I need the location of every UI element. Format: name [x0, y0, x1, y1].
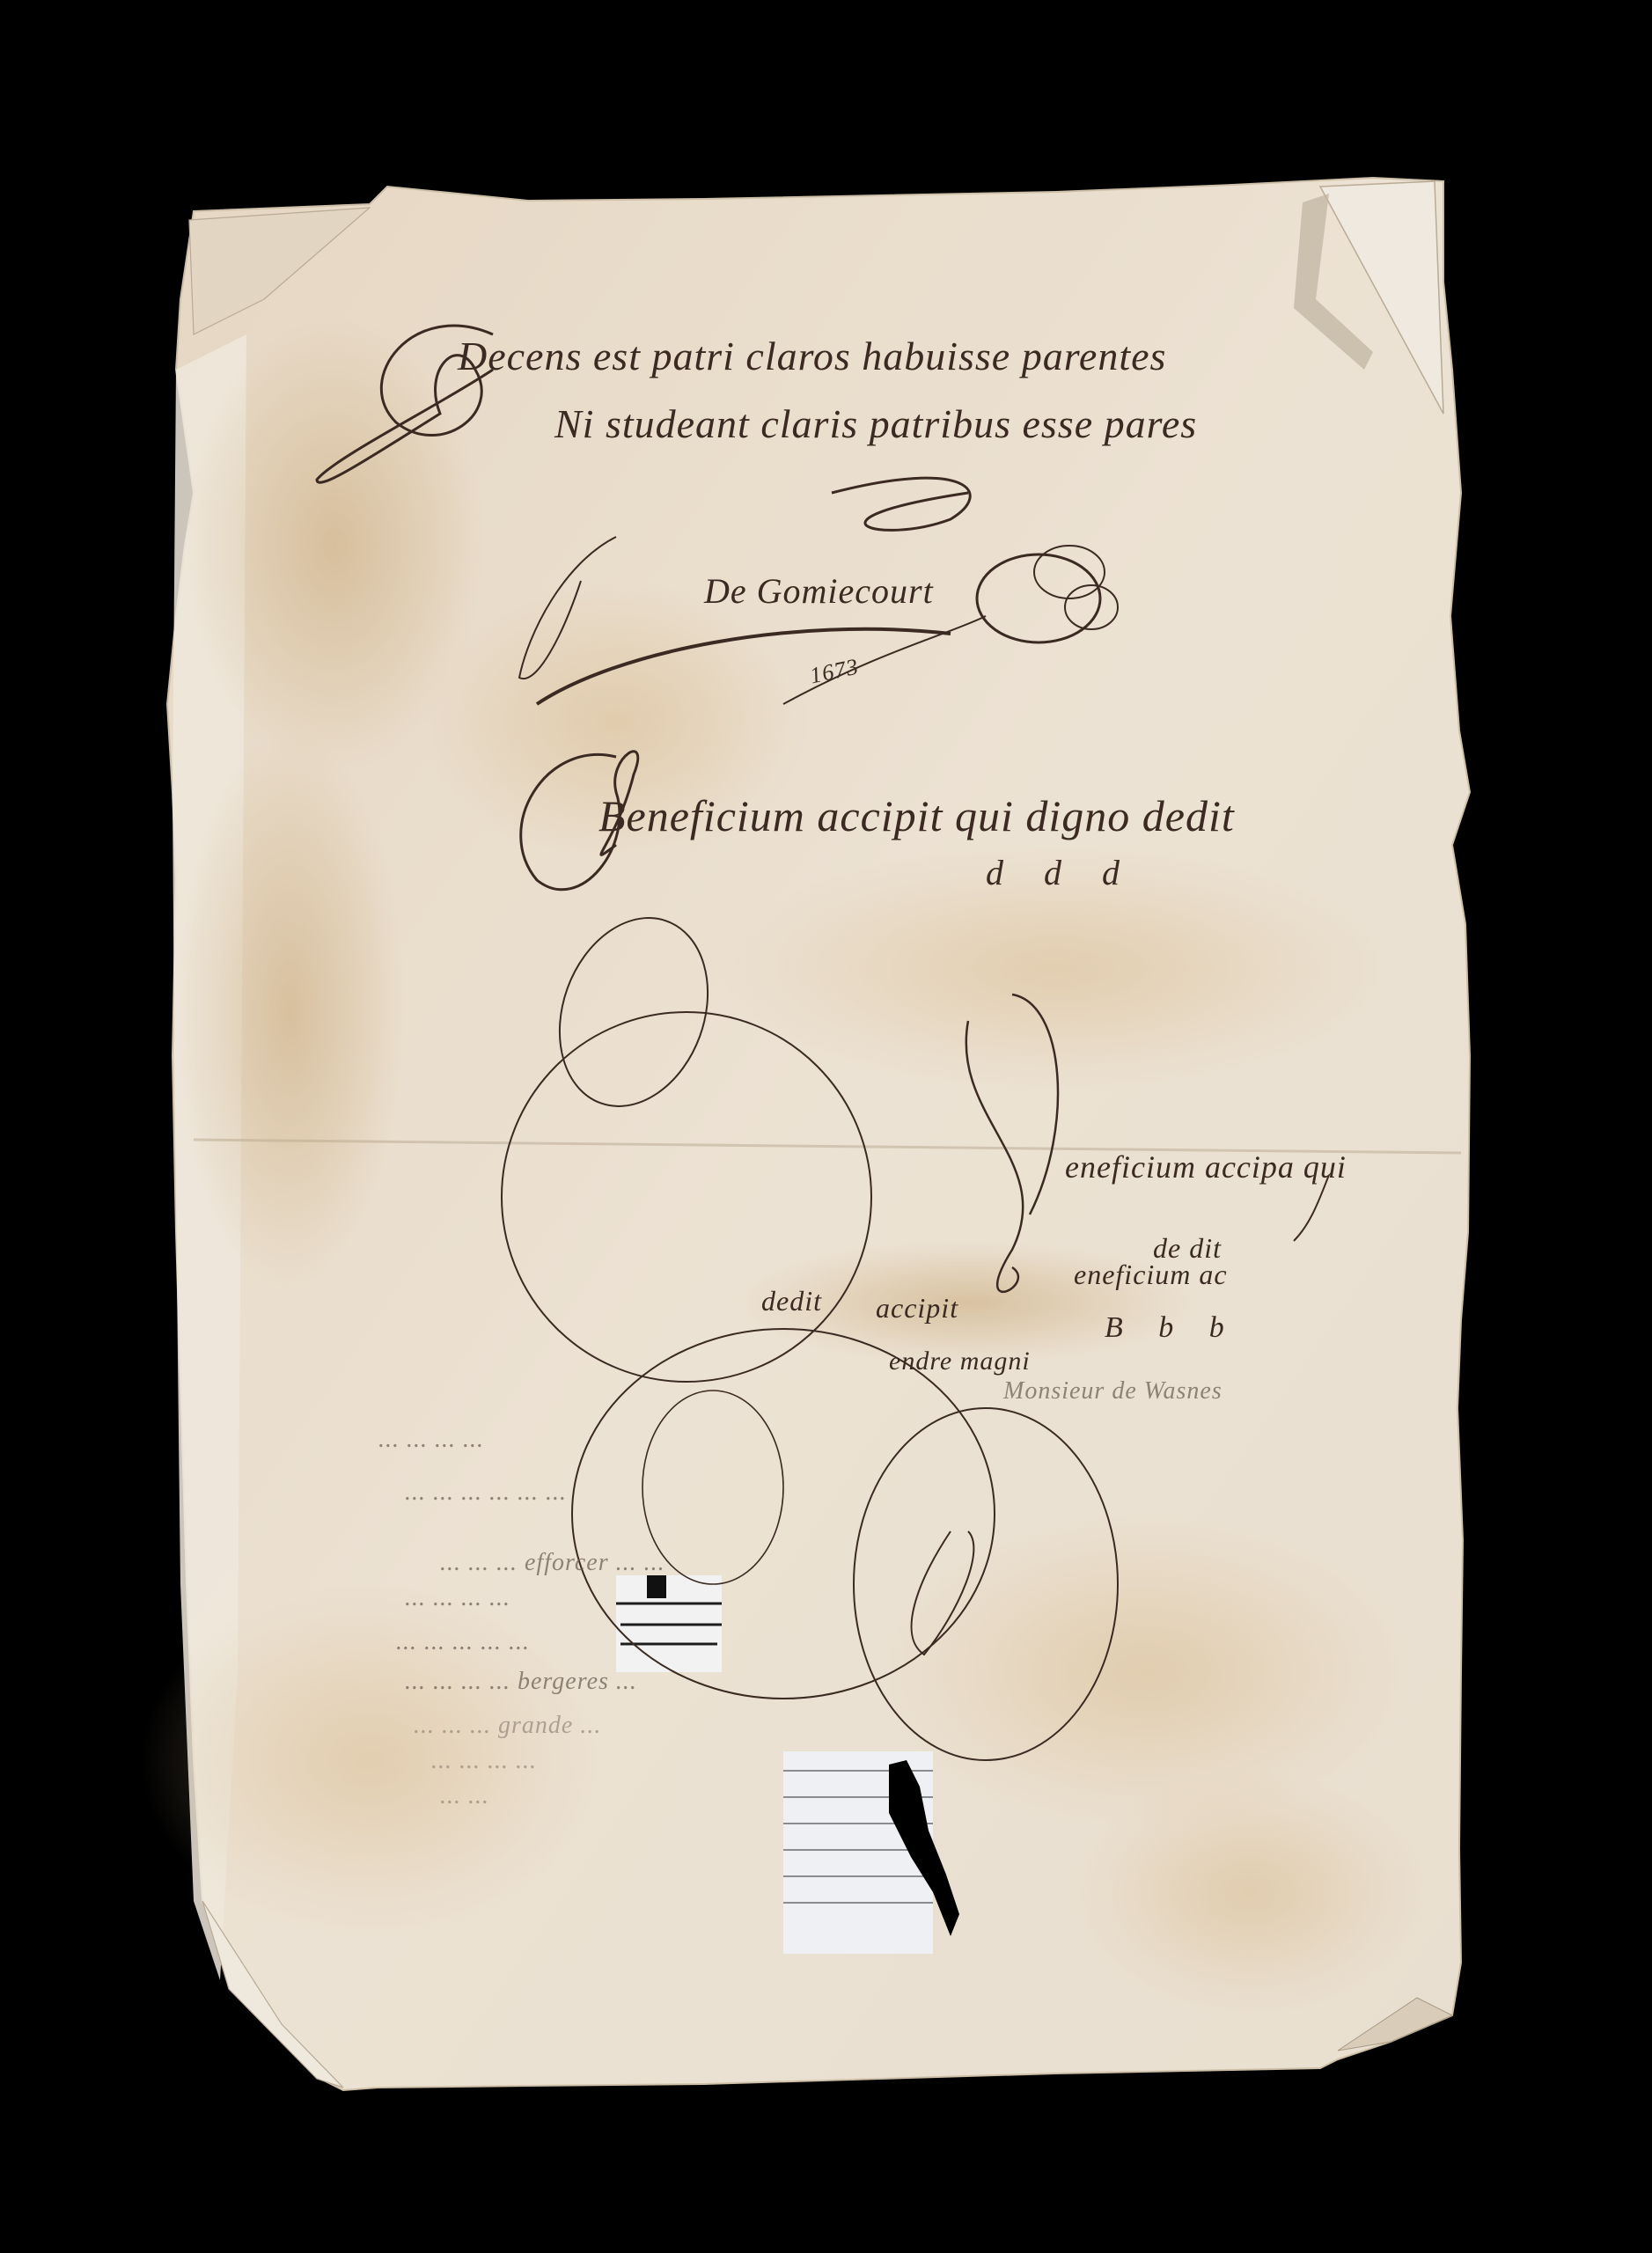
practice-right-line-3: eneficium ac	[1074, 1259, 1228, 1291]
practice-right-line-4: B b b	[1105, 1311, 1238, 1345]
faded-line: ... ... ... ...	[431, 1747, 537, 1775]
signature-name: De Gomiecourt	[704, 570, 934, 612]
faded-line: ... ...	[440, 1782, 489, 1810]
practice-mid-line-4: Monsieur de Wasnes	[1003, 1377, 1222, 1405]
practice-right-line-1: eneficium accipa qui	[1065, 1149, 1347, 1185]
heading-line-2: Ni studeant claris patribus esse pares	[554, 400, 1197, 447]
photo-background: Decens est patri claros habuisse parente…	[0, 0, 1652, 2253]
heading-line-1: Decens est patri claros habuisse parente…	[458, 333, 1166, 379]
faded-line: ... ... ... ...	[378, 1426, 484, 1454]
motto-text: Beneficium accipit qui digno dedit	[598, 790, 1235, 841]
faded-line: ... ... ... grande ...	[414, 1712, 601, 1740]
faded-line: ... ... ... ... ...	[396, 1628, 530, 1656]
practice-mid-line-1: dedit	[761, 1285, 822, 1317]
practice-mid-line-2: accipit	[876, 1292, 958, 1325]
faded-line: ... ... ... ...	[405, 1584, 510, 1612]
practice-mid-line-3: endre magni	[889, 1347, 1031, 1376]
faded-line: ... ... ... ... bergeres ...	[405, 1668, 637, 1696]
faded-line: ... ... ... efforcer ... ...	[440, 1549, 665, 1577]
faded-line: ... ... ... ... ... ...	[405, 1479, 567, 1507]
motto-flourish-letters: d d d	[986, 852, 1135, 893]
